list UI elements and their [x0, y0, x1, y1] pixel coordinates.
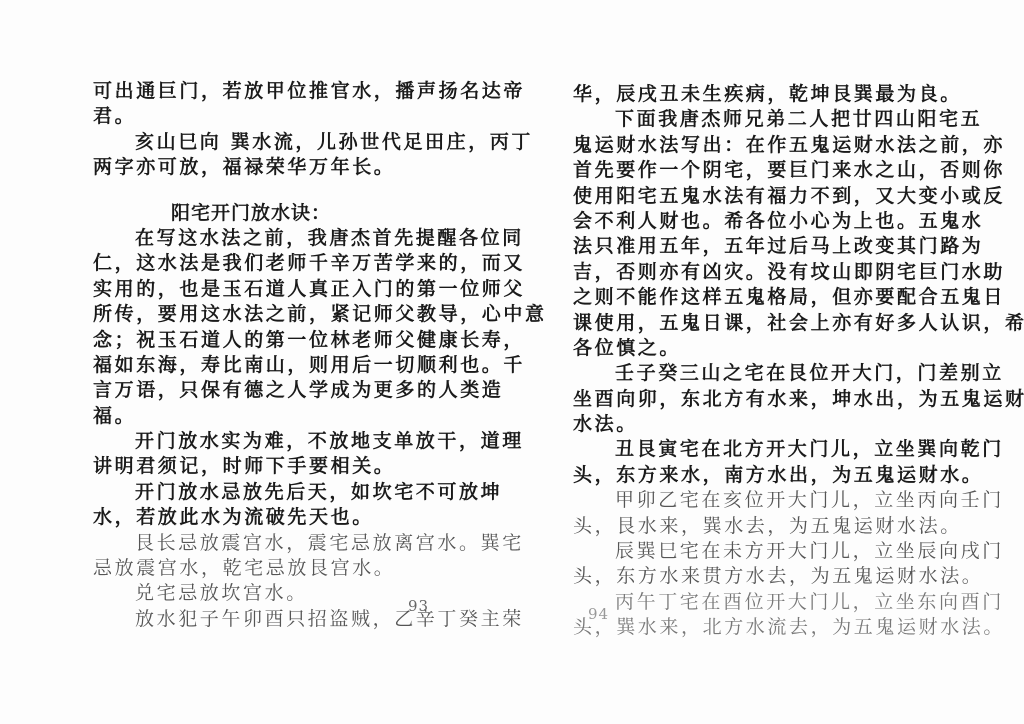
text-line: 使用阳宅五鬼水法有福力不到，又大变小或反 [573, 184, 927, 209]
section-heading: 阳宅开门放水诀： [93, 201, 445, 226]
text-line: 言万语，只保有德之人学成为更多的人类造 [93, 378, 445, 403]
text-line: 开门放水实为难，不放地支单放干，道理 [93, 429, 445, 454]
text-line: 水，若放此水为流破先天也。 [93, 505, 445, 530]
text-line: 甲卯乙宅在亥位开大门儿，立坐丙向壬门 [573, 488, 927, 513]
page-number: 94 [588, 605, 609, 623]
left-text-column: 可出通巨门，若放甲位推官水，播声扬名达帝 君。 亥山巳向 巽水流，儿孙世代足田庄… [93, 79, 445, 632]
text-line: 壬子癸三山之宅在艮位开大门，门差别立 [573, 361, 927, 386]
page-number: 93 [408, 597, 429, 615]
text-line: 坐酉向卯，东北方有水来，坤水出，为五鬼运财 [573, 387, 927, 412]
text-line: 各位慎之。 [573, 336, 927, 361]
left-page: 可出通巨门，若放甲位推官水，播声扬名达帝 君。 亥山巳向 巽水流，儿孙世代足田庄… [0, 0, 512, 724]
text-line: 在写这水法之前，我唐杰首先提醒各位同 [93, 226, 445, 251]
text-line: 首先要作一个阴宅，要巨门来水之山，否则你 [573, 158, 927, 183]
text-line: 兑宅忌放坎宫水。 [93, 581, 445, 606]
text-line: 艮长忌放震宫水，震宅忌放离宫水。巽宅 [93, 531, 445, 556]
text-line: 之则不能作这样五鬼格局，但亦要配合五鬼日 [573, 285, 927, 310]
text-line: 法只准用五年，五年过后马上改变其门路为 [573, 234, 927, 259]
text-line: 丙午丁宅在酉位开大门儿，立坐东向酉门 [573, 590, 927, 615]
text-line: 丑艮寅宅在北方开大门儿，立坐巽向乾门 [573, 437, 927, 462]
text-line: 君。 [93, 104, 445, 129]
text-line: 头，东方水来贯方水去，为五鬼运财水法。 [573, 564, 927, 589]
text-line: 开门放水忌放先后天，如坎宅不可放坤 [93, 480, 445, 505]
text-line: 课使用，五鬼日课，社会上亦有好多人认识，希 [573, 311, 927, 336]
text-line: 头，巽水来，北方水流去，为五鬼运财水法。 [573, 615, 927, 640]
text-line: 头，艮水来，巽水去，为五鬼运财水法。 [573, 514, 927, 539]
text-line: 辰巽巳宅在未方开大门儿，立坐辰向戌门 [573, 539, 927, 564]
text-line: 仁，这水法是我们老师千辛万苦学来的，而又 [93, 251, 445, 276]
text-line: 会不利人财也。希各位小心为上也。五鬼水 [573, 209, 927, 234]
text-line: 讲明君须记，时师下手要相关。 [93, 454, 445, 479]
text-line: 亥山巳向 巽水流，儿孙世代足田庄，丙丁 [93, 130, 445, 155]
text-line: 实用的，也是玉石道人真正入门的第一位师父 [93, 277, 445, 302]
text-line: 下面我唐杰师兄弟二人把廿四山阳宅五 [573, 107, 927, 132]
text-line: 念；祝玉石道人的第一位林老师父健康长寿， [93, 328, 445, 353]
text-line: 福。 [93, 404, 445, 429]
text-line: 头，东方来水，南方水出，为五鬼运财水。 [573, 463, 927, 488]
text-line: 福如东海，寿比南山，则用后一切顺利也。千 [93, 353, 445, 378]
text-line: 华，辰戌丑未生疾病，乾坤艮巽最为良。 [573, 82, 927, 107]
text-line: 吉，否则亦有凶灾。没有坟山即阴宅巨门水助 [573, 260, 927, 285]
right-page: 华，辰戌丑未生疾病，乾坤艮巽最为良。 下面我唐杰师兄弟二人把廿四山阳宅五 鬼运财… [512, 0, 1024, 724]
text-line: 水法。 [573, 412, 927, 437]
text-line: 两字亦可放，福禄荣华万年长。 [93, 155, 445, 180]
text-line: 可出通巨门，若放甲位推官水，播声扬名达帝 [93, 79, 445, 104]
right-text-column: 华，辰戌丑未生疾病，乾坤艮巽最为良。 下面我唐杰师兄弟二人把廿四山阳宅五 鬼运财… [573, 82, 927, 641]
text-line: 放水犯子午卯酉只招盗贼，乙辛丁癸主荣 [93, 607, 445, 632]
text-line: 鬼运财水法写出：在作五鬼运财水法之前，亦 [573, 133, 927, 158]
text-line: 忌放震宫水，乾宅忌放艮宫水。 [93, 556, 445, 581]
text-line: 所传，要用这水法之前，紧记师父教导，心中意 [93, 302, 445, 327]
